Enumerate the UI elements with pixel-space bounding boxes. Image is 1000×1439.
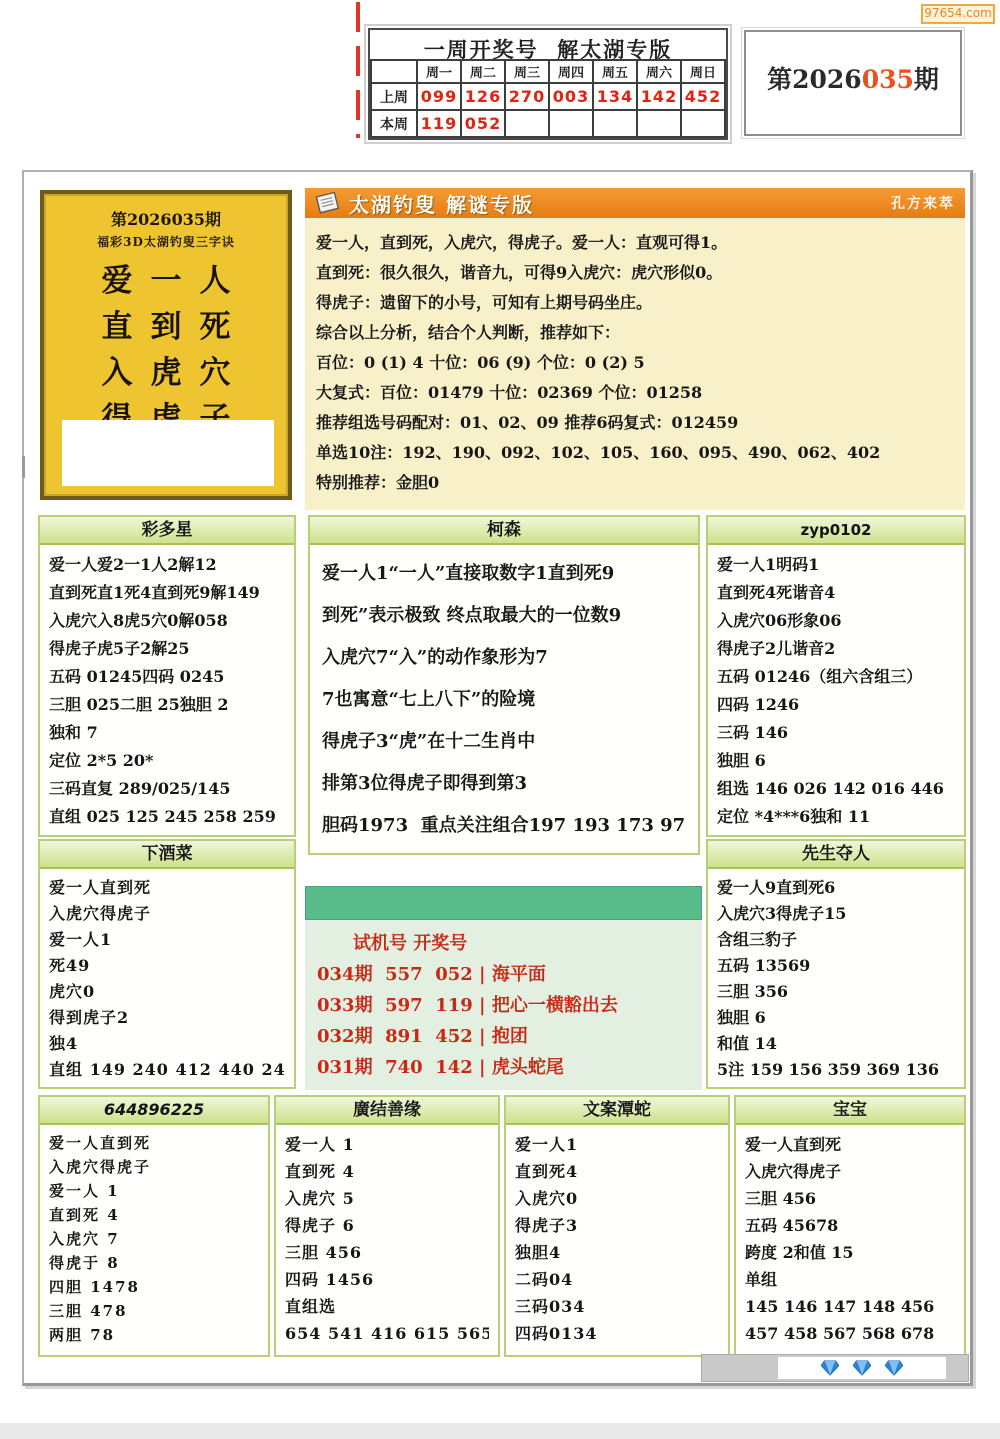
- riddle-line: 直到死：很久很久，谐音九，可得9入虎穴：虎穴形似0。: [316, 258, 954, 288]
- draw-number: [593, 110, 637, 137]
- tip-line: 得虎子 6: [285, 1212, 489, 1239]
- section-guangjie: 廣结善缘 爱一人 1直到死 4入虎穴 5得虎子 6三胆 456四码 1456直组…: [274, 1095, 500, 1357]
- tip-line: 到死”表示极致 终点取最大的一位数9: [322, 595, 686, 637]
- draw-history-line: 034期 557 052 | 海平面: [317, 959, 690, 990]
- tip-line: 入虎穴06形象06: [717, 607, 955, 635]
- content-frame: 第2026035期 福彩3D太湖钓叟三字诀 爱一人直到死入虎穴得虎子 太湖钓叟 …: [22, 170, 973, 1386]
- section-title: 文案潭蛇: [506, 1097, 728, 1125]
- tip-line: 两胆 78: [49, 1323, 259, 1347]
- tip-line: 三码034: [515, 1293, 719, 1320]
- section-wenan: 文案潭蛇 爱一人1直到死4入虎穴0得虎子3独胆4二码04三码034四码0134: [504, 1095, 730, 1357]
- tip-line: 爱一人1明码1: [717, 551, 955, 579]
- tip-line: 5注 159 156 359 369 136: [717, 1057, 955, 1083]
- tip-line: 得虎子2儿谐音2: [717, 635, 955, 663]
- diamond-icon: [820, 1360, 840, 1376]
- poem-lines: 爱一人直到死入虎穴得虎子: [44, 258, 288, 442]
- taihu-lottery-sheet: { "colors": { "accent_orange": "#ee8418"…: [0, 0, 1000, 1439]
- tip-line: 爱一人 1: [285, 1131, 489, 1158]
- section-body: 爱一人1直到死4入虎穴0得虎子3独胆4二码04三码034四码0134: [506, 1125, 728, 1353]
- section-title: zyp0102: [708, 517, 964, 545]
- riddle-line: 推荐组选号码配对：01、02、09 推荐6码复式：012459: [316, 408, 954, 438]
- tip-line: 直到死直1死4直到死9解149: [49, 579, 285, 607]
- corner-cell: [371, 60, 417, 83]
- row-label: 本周: [371, 110, 417, 137]
- draw-number: [681, 110, 725, 137]
- tip-line: 爱一人直到死: [745, 1131, 955, 1158]
- weekly-draws-box: 一周开奖号 解太湖专版 周一 周二 周三 周四 周五 周六 周日 上周 099 …: [368, 28, 728, 140]
- main-panel-title: 太湖钓叟 解谜专版: [349, 189, 534, 218]
- tip-line: 三胆 478: [49, 1299, 259, 1323]
- tip-line: 7也寓意“七上八下”的险境: [322, 679, 686, 721]
- section-zyp0102: zyp0102 爱一人1明码1直到死4死谐音4入虎穴06形象06得虎子2儿谐音2…: [706, 515, 966, 837]
- section-title: 廣结善缘: [276, 1097, 498, 1125]
- table-row: 上周 099 126 270 003 134 142 452: [371, 83, 725, 110]
- tip-line: 457 458 567 568 678: [745, 1320, 955, 1347]
- draw-history-line: 031期 740 142 | 虎头蛇尾: [317, 1052, 690, 1083]
- riddle-line: 百位：0 (1) 4 十位：06 (9) 个位：0 (2) 5: [316, 348, 954, 378]
- poem-line: 入虎穴: [44, 350, 288, 396]
- section-title: 彩多星: [40, 517, 294, 545]
- tip-line: 三胆 456: [745, 1185, 955, 1212]
- tip-line: 145 146 147 148 456: [745, 1293, 955, 1320]
- riddle-line: 爱一人，直到死，入虎穴，得虎子。爱一人：直观可得1。: [316, 228, 954, 258]
- tip-line: 入虎穴7“入”的动作象形为7: [322, 637, 686, 679]
- riddle-line: 单选10注：192、190、092、102、105、160、095、490、06…: [316, 438, 954, 468]
- draw-number: [505, 110, 549, 137]
- draw-number: 270: [505, 83, 549, 110]
- tip-line: 定位 *4***6独和 11: [717, 803, 955, 831]
- tip-line: 死49: [49, 953, 285, 979]
- draw-number: 119: [417, 110, 461, 137]
- section-body: 爱一人1明码1直到死4死谐音4入虎穴06形象06得虎子2儿谐音2五码 01246…: [708, 545, 964, 837]
- tip-line: 三胆 456: [285, 1239, 489, 1266]
- draw-history-line: 032期 891 452 | 抱团: [317, 1021, 690, 1052]
- tip-line: 组选 146 026 142 016 446: [717, 775, 955, 803]
- tip-line: 五码 01246（组六含组三）: [717, 663, 955, 691]
- main-panel-header: 太湖钓叟 解谜专版 孔方来萃: [305, 188, 965, 218]
- tip-line: 五码 45678: [745, 1212, 955, 1239]
- day-header: 周五: [593, 60, 637, 83]
- day-header: 周六: [637, 60, 681, 83]
- day-header: 周二: [461, 60, 505, 83]
- tip-line: 直组选: [285, 1293, 489, 1320]
- tip-line: 入虎穴得虎子: [49, 1155, 259, 1179]
- day-header: 周一: [417, 60, 461, 83]
- table-header-row: 周一 周二 周三 周四 周五 周六 周日: [371, 60, 725, 83]
- section-kesen: 柯森 爱一人1“一人”直接取数字1直到死9到死”表示极致 终点取最大的一位数9入…: [308, 515, 700, 855]
- tip-line: 入虎穴入8虎5穴0解058: [49, 607, 285, 635]
- tip-line: 爱一人1: [49, 927, 285, 953]
- current-issue-box: 第2026035期: [744, 30, 962, 136]
- tip-line: 直到死4死谐音4: [717, 579, 955, 607]
- tip-line: 654 541 416 615 565: [285, 1320, 489, 1347]
- tip-line: 虎穴0: [49, 979, 285, 1005]
- draw-number: [549, 110, 593, 137]
- main-panel-byline: 孔方来萃: [891, 193, 955, 213]
- tip-line: 含组三豹子: [717, 927, 955, 953]
- section-baobao: 宝宝 爱一人直到死入虎穴得虎子三胆 456五码 45678跨度 2和值 15单组…: [734, 1095, 966, 1357]
- blank-area: [62, 420, 274, 486]
- tip-line: 直组 025 125 245 258 259: [49, 803, 285, 831]
- tip-line: 四码 1456: [285, 1266, 489, 1293]
- tip-line: 独胆 6: [717, 747, 955, 775]
- tip-line: 爱一人直到死: [49, 1131, 259, 1155]
- issue-prefix: 第2026: [767, 65, 862, 94]
- day-header: 周四: [549, 60, 593, 83]
- draw-number: [637, 110, 681, 137]
- tip-line: 五码 13569: [717, 953, 955, 979]
- tip-line: 定位 2*5 20*: [49, 747, 285, 775]
- footer-bar: [701, 1354, 969, 1382]
- tip-line: 入虎穴得虎子: [49, 901, 285, 927]
- poem-issue: 第2026035期: [44, 207, 288, 230]
- tip-line: 直到死 4: [49, 1203, 259, 1227]
- tip-line: 独胆4: [515, 1239, 719, 1266]
- table-row: 本周 119 052: [371, 110, 725, 137]
- draw-number: 099: [417, 83, 461, 110]
- section-title: 柯森: [310, 517, 698, 545]
- main-panel-body: 爱一人，直到死，入虎穴，得虎子。爱一人：直观可得1。直到死：很久很久，谐音九，可…: [305, 218, 965, 510]
- section-title: 先生夺人: [708, 841, 964, 869]
- tip-line: 得虎于 8: [49, 1251, 259, 1275]
- section-shijihao: 试机号 开奖号 034期 557 052 | 海平面033期 597 119 |…: [305, 920, 702, 1090]
- section-body: 爱一人直到死入虎穴得虎子爱一人 1直到死 4入虎穴 7得虎于 8四胆 1478三…: [40, 1125, 268, 1353]
- footer-diamonds: [778, 1357, 946, 1379]
- day-header: 周三: [505, 60, 549, 83]
- tip-line: 得到虎子2: [49, 1005, 285, 1031]
- tip-line: 直到死 4: [285, 1158, 489, 1185]
- tip-line: 爱一人 1: [49, 1179, 259, 1203]
- riddle-line: 综合以上分析，结合个人判断，推荐如下：: [316, 318, 954, 348]
- section-body: 爱一人1“一人”直接取数字1直到死9到死”表示极致 终点取最大的一位数9入虎穴7…: [310, 545, 698, 855]
- draw-number: 003: [549, 83, 593, 110]
- section-body: 爱一人9直到死6入虎穴3得虎子15含组三豹子五码 13569三胆 356独胆 6…: [708, 869, 964, 1089]
- draw-number: 142: [637, 83, 681, 110]
- tip-line: 五码 01245四码 0245: [49, 663, 285, 691]
- diamond-icon: [852, 1360, 872, 1376]
- riddle-line: 得虎子：遗留下的小号，可知有上期号码坐庄。: [316, 288, 954, 318]
- tip-line: 三码 146: [717, 719, 955, 747]
- draw-number: 126: [461, 83, 505, 110]
- diamond-icon: [884, 1360, 904, 1376]
- draw-number: 452: [681, 83, 725, 110]
- section-xiansheng: 先生夺人 爱一人9直到死6入虎穴3得虎子15含组三豹子五码 13569三胆 35…: [706, 839, 966, 1089]
- section-body: 爱一人 1直到死 4入虎穴 5得虎子 6三胆 456四码 1456直组选654 …: [276, 1125, 498, 1353]
- tip-line: 得虎子3: [515, 1212, 719, 1239]
- tip-line: 四码 1246: [717, 691, 955, 719]
- tip-line: 得虎子虎5子2解25: [49, 635, 285, 663]
- tip-line: 爱一人1: [515, 1131, 719, 1158]
- section-body: 爱一人直到死入虎穴得虎子三胆 456五码 45678跨度 2和值 15单组145…: [736, 1125, 964, 1353]
- section-caiduoxing: 彩多星 爱一人爱2一1人2解12直到死直1死4直到死9解149入虎穴入8虎5穴0…: [38, 515, 296, 837]
- section-xiajiucai: 下酒菜 爱一人直到死入虎穴得虎子爱一人1死49虎穴0得到虎子2独4直组 149 …: [38, 839, 296, 1089]
- frame-notch: [22, 456, 25, 478]
- section-title: 下酒菜: [40, 841, 294, 869]
- shijihao-rows: 034期 557 052 | 海平面033期 597 119 | 把心一横豁出去…: [317, 959, 690, 1083]
- tip-line: 和值 14: [717, 1031, 955, 1057]
- tip-line: 得虎子3“虎”在十二生肖中: [322, 721, 686, 763]
- tip-line: 四码0134: [515, 1320, 719, 1347]
- tip-line: 入虎穴 7: [49, 1227, 259, 1251]
- tip-line: 跨度 2和值 15: [745, 1239, 955, 1266]
- poem-line: 爱一人: [44, 258, 288, 304]
- section-title: 宝宝: [736, 1097, 964, 1125]
- red-dash-mark: [356, 2, 360, 138]
- tip-line: 独胆 6: [717, 1005, 955, 1031]
- section-body: 爱一人直到死入虎穴得虎子爱一人1死49虎穴0得到虎子2独4直组 149 240 …: [40, 869, 294, 1089]
- tip-line: 入虎穴 5: [285, 1185, 489, 1212]
- issue-number: 第2026035期: [767, 65, 939, 94]
- poem-box: 第2026035期 福彩3D太湖钓叟三字诀 爱一人直到死入虎穴得虎子: [40, 190, 292, 500]
- tip-line: 爱一人直到死: [49, 875, 285, 901]
- page-bottom-strip: [0, 1423, 1000, 1439]
- tip-line: 入虎穴0: [515, 1185, 719, 1212]
- tip-line: 三胆 356: [717, 979, 955, 1005]
- tip-line: 二码04: [515, 1266, 719, 1293]
- tip-line: 直到死4: [515, 1158, 719, 1185]
- poem-line: 直到死: [44, 304, 288, 350]
- tip-line: 爱一人爱2一1人2解12: [49, 551, 285, 579]
- newspaper-icon: [315, 191, 341, 215]
- row-label: 上周: [371, 83, 417, 110]
- tip-line: 独4: [49, 1031, 285, 1057]
- tip-line: 单组: [745, 1266, 955, 1293]
- tip-line: 四胆 1478: [49, 1275, 259, 1299]
- tip-line: 爱一人9直到死6: [717, 875, 955, 901]
- tip-line: 胆码1973 重点关注组合197 193 173 973: [322, 805, 686, 847]
- green-divider-bar: [305, 886, 702, 920]
- draw-history-line: 033期 597 119 | 把心一横豁出去: [317, 990, 690, 1021]
- weekly-numbers-table: 周一 周二 周三 周四 周五 周六 周日 上周 099 126 270 003 …: [370, 59, 726, 138]
- tip-line: 三码直复 289/025/145: [49, 775, 285, 803]
- tip-line: 独和 7: [49, 719, 285, 747]
- issue-highlight: 035: [862, 65, 914, 94]
- main-riddle-panel: 太湖钓叟 解谜专版 孔方来萃 爱一人，直到死，入虎穴，得虎子。爱一人：直观可得1…: [305, 188, 965, 510]
- issue-suffix: 期: [914, 65, 939, 94]
- day-header: 周日: [681, 60, 725, 83]
- section-644896225: 644896225 爱一人直到死入虎穴得虎子爱一人 1直到死 4入虎穴 7得虎于…: [38, 1095, 270, 1357]
- tip-line: 入虎穴3得虎子15: [717, 901, 955, 927]
- riddle-line: 大复式：百位：01479 十位：02369 个位：01258: [316, 378, 954, 408]
- riddle-line: 特别推荐：金胆0: [316, 468, 954, 498]
- tip-line: 排第3位得虎子即得到第3: [322, 763, 686, 805]
- poem-subtitle: 福彩3D太湖钓叟三字诀: [44, 233, 288, 250]
- tip-line: 直组 149 240 412 440 249: [49, 1057, 285, 1083]
- shijihao-header: 试机号 开奖号: [317, 928, 690, 959]
- draw-number: 052: [461, 110, 505, 137]
- section-title: 644896225: [40, 1097, 268, 1125]
- site-badge[interactable]: 97654.com: [921, 4, 995, 24]
- section-body: 爱一人爱2一1人2解12直到死直1死4直到死9解149入虎穴入8虎5穴0解058…: [40, 545, 294, 837]
- tip-line: 爱一人1“一人”直接取数字1直到死9: [322, 553, 686, 595]
- draw-number: 134: [593, 83, 637, 110]
- tip-line: 三胆 025二胆 25独胆 2: [49, 691, 285, 719]
- tip-line: 入虎穴得虎子: [745, 1158, 955, 1185]
